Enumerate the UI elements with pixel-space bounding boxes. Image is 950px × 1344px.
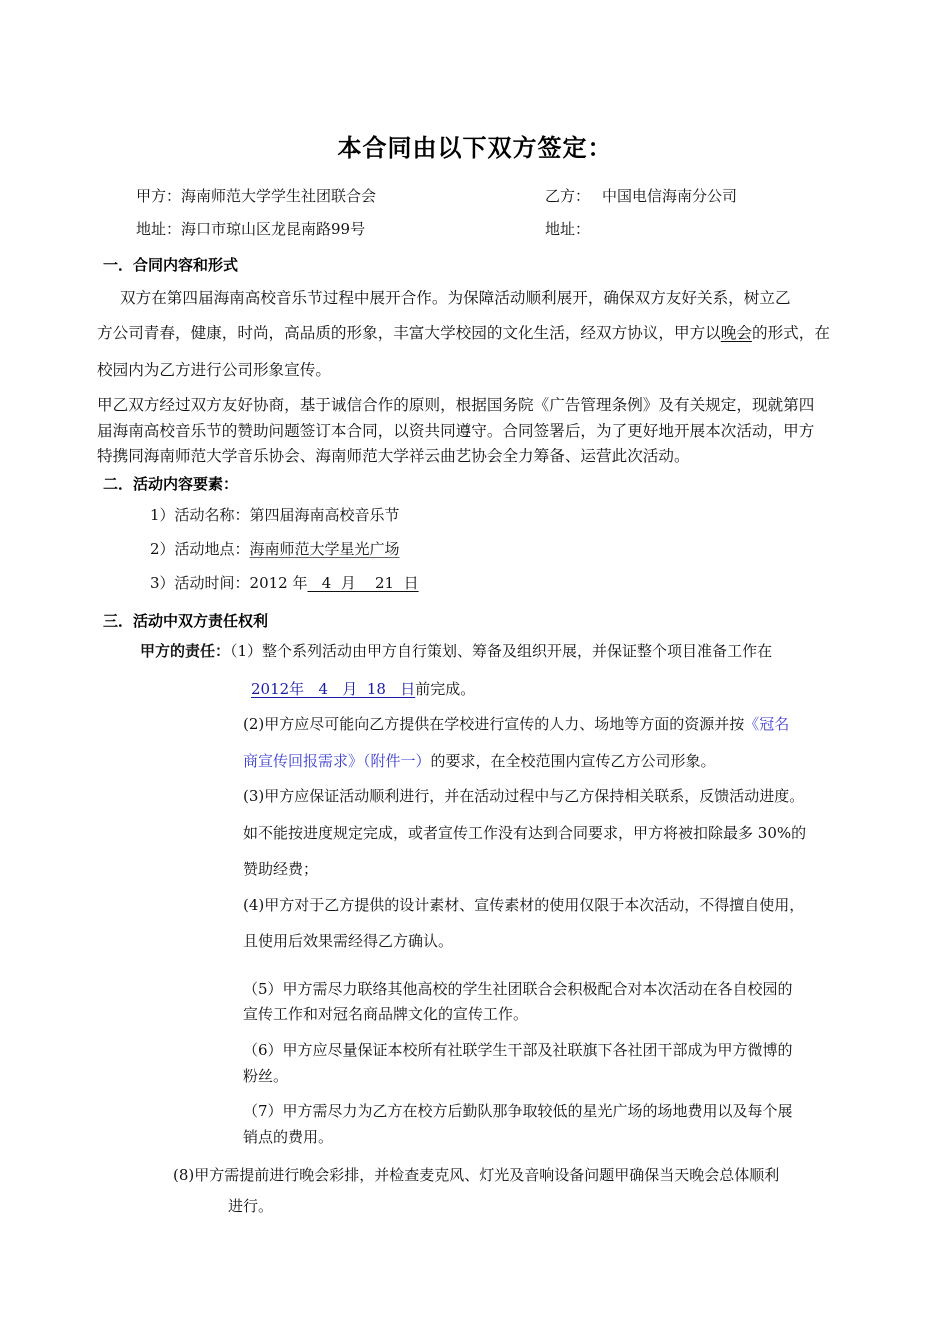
activity-time-item: 3）活动时间：2012 年 4 月 21 日 bbox=[150, 576, 419, 591]
clause-text: （1）整个系列活动由甲方自行策划、筹备及组织开展，并保证整个项目准备工作在 bbox=[230, 642, 772, 660]
para-text: 方公司青春，健康，时尚，高品质的形象，丰富大学校园的文化生活，经双方协议，甲方以 bbox=[97, 324, 721, 342]
clause-3-line-3: 赞助经费； bbox=[243, 862, 318, 877]
clause-2-line-1: (2)甲方应尽可能向乙方提供在学校进行宣传的人力、场地等方面的资源并按《冠名 bbox=[243, 717, 789, 732]
section-1-para-1-line-2: 方公司青春，健康，时尚，高品质的形象，丰富大学校园的文化生活，经双方协议，甲方以… bbox=[97, 326, 830, 342]
activity-location-label: 2）活动地点： bbox=[150, 540, 250, 558]
section-1-para-1-line-1: 双方在第四届海南高校音乐节过程中展开合作。为保障活动顺利展开，确保双方友好关系，… bbox=[120, 291, 791, 307]
section-1-heading: 一．合同内容和形式 bbox=[103, 254, 238, 275]
party-b-address-label: 地址： bbox=[545, 220, 590, 238]
clause-8-line-2: 进行。 bbox=[228, 1199, 273, 1214]
clause-text: 的要求，在全校范围内宣传乙方公司形象。 bbox=[431, 752, 716, 770]
clause-7-line-1: （7）甲方需尽力为乙方在校方后勤队那争取较低的星光广场的场地费用以及每个展 bbox=[243, 1104, 793, 1119]
activity-name-label: 1）活动名称： bbox=[150, 506, 250, 524]
party-a-label: 甲方： bbox=[136, 187, 181, 205]
clause-5-line-2: 宣传工作和对冠名商品牌文化的宣传工作。 bbox=[243, 1007, 528, 1022]
clause-1-line-1: 甲方的责任：（1）整个系列活动由甲方自行策划、筹备及组织开展，并保证整个项目准备… bbox=[140, 644, 772, 659]
party-a-address: 地址：海口市琼山区龙昆南路99号 bbox=[136, 218, 365, 239]
clause-3-line-2: 如不能按进度规定完成，或者宣传工作没有达到合同要求，甲方将被扣除最多 30%的 bbox=[243, 826, 806, 841]
activity-time-date-underlined: 4 月 21 日 bbox=[308, 574, 419, 592]
sponsor-requirements-link-part-2[interactable]: 商宣传回报需求》（附件一） bbox=[243, 752, 431, 770]
party-a-name: 海南师范大学学生社团联合会 bbox=[181, 187, 376, 205]
clause-4-line-1: (4)甲方对于乙方提供的设计素材、宣传素材的使用仅限于本次活动，不得擅自使用， bbox=[243, 898, 804, 913]
deadline-date-link[interactable]: 2012年 4 月 18 日 bbox=[251, 680, 415, 698]
clause-8-line-1: (8)甲方需提前进行晚会彩排，并检查麦克风、灯光及音响设备问题甲确保当天晚会总体… bbox=[173, 1168, 779, 1183]
party-b-address: 地址： bbox=[545, 218, 590, 239]
section-1-para-2-line-3: 特携同海南师范大学音乐协会、海南师范大学祥云曲艺协会全力筹备、运营此次活动。 bbox=[97, 449, 690, 465]
clause-6-line-1: （6）甲方应尽量保证本校所有社联学生干部及社联旗下各社团干部成为甲方微博的 bbox=[243, 1043, 793, 1058]
activity-location-value: 海南师范大学星光广场 bbox=[250, 540, 400, 558]
clause-text: (2)甲方应尽可能向乙方提供在学校进行宣传的人力、场地等方面的资源并按 bbox=[243, 715, 744, 733]
party-a: 甲方：海南师范大学学生社团联合会 bbox=[136, 185, 376, 206]
clause-text: 前完成。 bbox=[415, 680, 475, 698]
clause-1-line-2: 2012年 4 月 18 日前完成。 bbox=[251, 682, 475, 697]
clause-7-line-2: 销点的费用。 bbox=[243, 1130, 333, 1145]
activity-name-value: 第四届海南高校音乐节 bbox=[250, 506, 400, 524]
clause-4-line-2: 且使用后效果需经得乙方确认。 bbox=[243, 934, 453, 949]
clause-3-line-1: (3)甲方应保证活动顺利进行，并在活动过程中与乙方保持相关联系，反馈活动进度。 bbox=[243, 789, 804, 804]
activity-location-item: 2）活动地点：海南师范大学星光广场 bbox=[150, 542, 400, 557]
section-2-heading: 二．活动内容要素： bbox=[103, 473, 238, 494]
activity-time-year: 2012 年 bbox=[250, 574, 308, 592]
party-b: 乙方：中国电信海南分公司 bbox=[545, 185, 737, 206]
section-1-para-2-line-2: 届海南高校音乐节的赞助问题签订本合同，以资共同遵守。合同签署后，为了更好地开展本… bbox=[97, 424, 814, 440]
section-1-para-1-line-3: 校园内为乙方进行公司形象宣传。 bbox=[97, 363, 331, 379]
section-1-para-2-line-1: 甲乙双方经过双方友好协商，基于诚信合作的原则，根据国务院《广告管理条例》及有关规… bbox=[97, 398, 814, 414]
activity-name-item: 1）活动名称：第四届海南高校音乐节 bbox=[150, 508, 400, 523]
clause-2-line-2: 商宣传回报需求》（附件一）的要求，在全校范围内宣传乙方公司形象。 bbox=[243, 754, 716, 769]
activity-time-label: 3）活动时间： bbox=[150, 574, 250, 592]
party-b-name: 中国电信海南分公司 bbox=[602, 187, 737, 205]
clause-6-line-2: 粉丝。 bbox=[243, 1069, 288, 1084]
document-title: 本合同由以下双方签定： bbox=[0, 128, 950, 163]
party-b-label: 乙方： bbox=[545, 187, 590, 205]
party-a-responsibility-label: 甲方的责任： bbox=[140, 642, 230, 660]
evening-gala-underlined: 晚会 bbox=[721, 324, 752, 342]
party-a-address-label: 地址： bbox=[136, 220, 181, 238]
sponsor-requirements-link-part-1[interactable]: 《冠名 bbox=[744, 715, 789, 733]
party-a-address-value: 海口市琼山区龙昆南路99号 bbox=[181, 220, 365, 238]
para-text: 的形式，在 bbox=[752, 324, 830, 342]
section-3-heading: 三．活动中双方责任权利 bbox=[103, 610, 268, 631]
clause-5-line-1: （5）甲方需尽力联络其他高校的学生社团联合会积极配合对本次活动在各自校园的 bbox=[243, 982, 793, 997]
